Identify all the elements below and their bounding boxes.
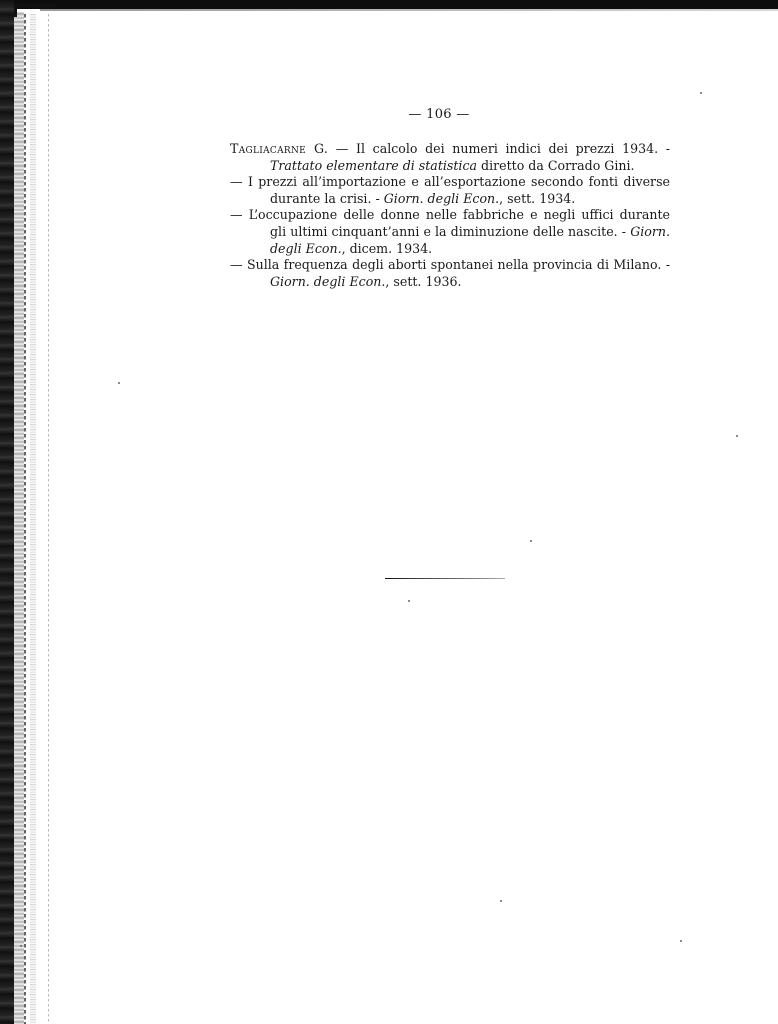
scan-speck bbox=[530, 540, 532, 542]
page-corner-shadow bbox=[14, 4, 57, 17]
entry-separator: — bbox=[328, 141, 356, 156]
scan-speck bbox=[20, 945, 22, 947]
scan-speck bbox=[408, 600, 410, 602]
entry-title: L’occupazione delle donne nelle fabbrich… bbox=[249, 207, 670, 239]
entry-source: Trattato elementare di statistica bbox=[270, 158, 477, 173]
bibliography-entry: — I prezzi all’importazione e all’esport… bbox=[230, 174, 670, 207]
scan-top-edge bbox=[0, 0, 778, 9]
entry-source-rest: , sett. 1934. bbox=[499, 191, 575, 206]
bibliography-entry: — L’occupazione delle donne nelle fabbri… bbox=[230, 207, 670, 257]
scan-speck bbox=[118, 382, 120, 384]
bibliography-entry: — Sulla frequenza degli aborti spontanei… bbox=[230, 257, 670, 290]
entry-source: Giorn. degli Econ. bbox=[384, 191, 499, 206]
book-spine-edge bbox=[0, 0, 14, 1024]
book-spine-line bbox=[24, 14, 26, 1024]
entry-dash: — bbox=[230, 207, 243, 222]
scan-speck bbox=[680, 940, 682, 942]
page-number: — 106 — bbox=[0, 107, 778, 122]
book-spine-noise bbox=[30, 14, 36, 1024]
entry-author: Tagliacarne G. bbox=[230, 141, 328, 156]
scan-top-shadow bbox=[40, 9, 778, 11]
entry-dash: — bbox=[230, 257, 243, 272]
entry-source-rest: diretto da Corrado Gini. bbox=[477, 158, 635, 173]
bibliography-entry: Tagliacarne G. — Il calcolo dei numeri i… bbox=[230, 141, 670, 174]
entry-dash: — bbox=[230, 174, 243, 189]
scan-speck bbox=[736, 435, 738, 437]
book-gutter-line bbox=[48, 14, 49, 1024]
book-spine-texture bbox=[14, 12, 24, 1024]
scan-speck bbox=[700, 92, 702, 94]
entry-source-rest: , sett. 1936. bbox=[385, 274, 461, 289]
entry-title: Il calcolo dei numeri indici dei prezzi … bbox=[356, 141, 670, 156]
end-rule bbox=[385, 578, 505, 579]
entry-title: Sulla frequenza degli aborti spontanei n… bbox=[247, 257, 670, 272]
scan-speck bbox=[500, 900, 502, 902]
entry-source: Giorn. degli Econ. bbox=[270, 274, 385, 289]
bibliography-list: Tagliacarne G. — Il calcolo dei numeri i… bbox=[230, 141, 670, 290]
entry-source-rest: , dicem. 1934. bbox=[342, 241, 433, 256]
